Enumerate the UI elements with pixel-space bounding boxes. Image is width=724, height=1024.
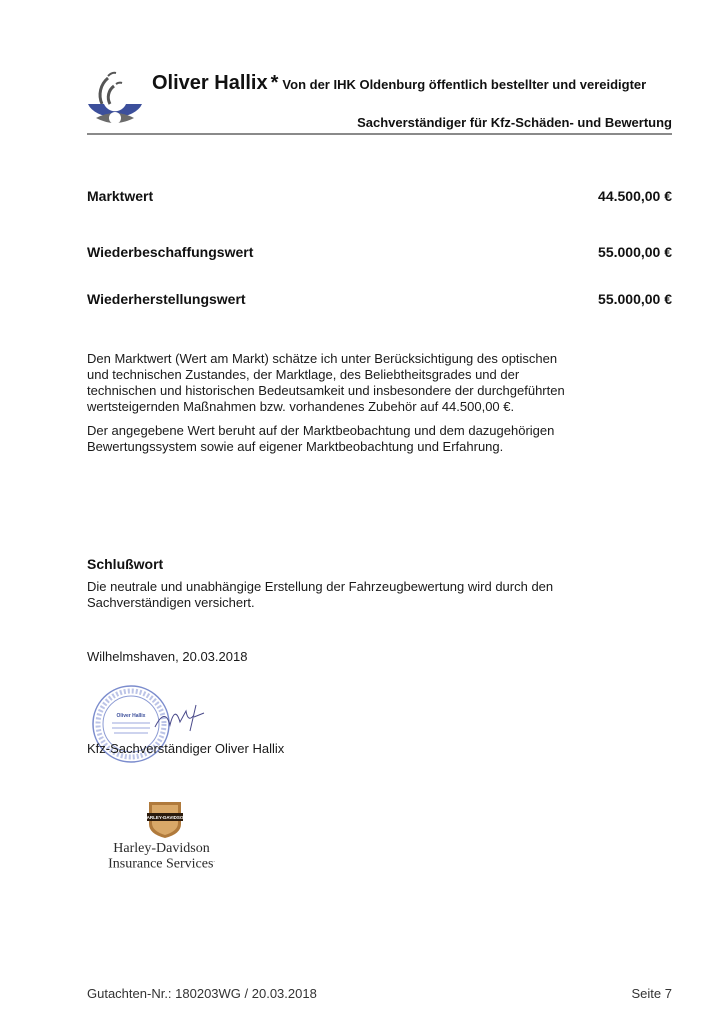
partner-logo-text: Harley-Davidson Insurance Services. <box>94 842 229 871</box>
value-row-marktwert: Marktwert 44.500,00 € <box>87 188 672 204</box>
valuation-basis-paragraph: Der angegebene Wert beruht auf der Markt… <box>87 423 577 455</box>
header-asterisk: * <box>271 72 279 94</box>
header-divider <box>87 133 672 135</box>
partner-line2: Insurance Services <box>108 857 213 872</box>
value-amount: 55.000,00 € <box>598 291 672 307</box>
value-amount: 44.500,00 € <box>598 188 672 204</box>
expert-logo-icon <box>86 64 144 128</box>
header-subtitle-line1: Von der IHK Oldenburg öffentlich bestell… <box>282 77 646 92</box>
value-row-wiederherstellungswert: Wiederherstellungswert 55.000,00 € <box>87 291 672 307</box>
value-label: Marktwert <box>87 188 153 204</box>
harley-davidson-shield-icon: HARLEY-DAVIDSON <box>145 798 185 840</box>
value-row-wiederbeschaffungswert: Wiederbeschaffungswert 55.000,00 € <box>87 244 672 260</box>
signature-label: Kfz-Sachverständiger Oliver Hallix <box>87 741 284 756</box>
partner-line1: Harley-Davidson <box>94 842 229 855</box>
closing-heading: Schlußwort <box>87 556 163 572</box>
handwritten-signature-icon <box>150 697 210 737</box>
value-amount: 55.000,00 € <box>598 244 672 260</box>
svg-text:Oliver Hallix: Oliver Hallix <box>117 713 146 719</box>
closing-text: Die neutrale und unabhängige Erstellung … <box>87 579 577 611</box>
value-label: Wiederbeschaffungswert <box>87 244 253 260</box>
market-value-paragraph: Den Marktwert (Wert am Markt) schätze ic… <box>87 351 577 415</box>
header-title: Oliver Hallix*Von der IHK Oldenburg öffe… <box>152 72 646 95</box>
svg-text:HARLEY-DAVIDSON: HARLEY-DAVIDSON <box>145 815 185 820</box>
header-subtitle-line2: Sachverständiger für Kfz-Schäden- und Be… <box>357 115 672 130</box>
value-label: Wiederherstellungswert <box>87 291 246 307</box>
page-number: Seite 7 <box>632 986 672 1001</box>
report-number: Gutachten-Nr.: 180203WG / 20.03.2018 <box>87 986 317 1001</box>
place-date: Wilhelmshaven, 20.03.2018 <box>87 649 577 665</box>
expert-name: Oliver Hallix <box>152 72 268 94</box>
